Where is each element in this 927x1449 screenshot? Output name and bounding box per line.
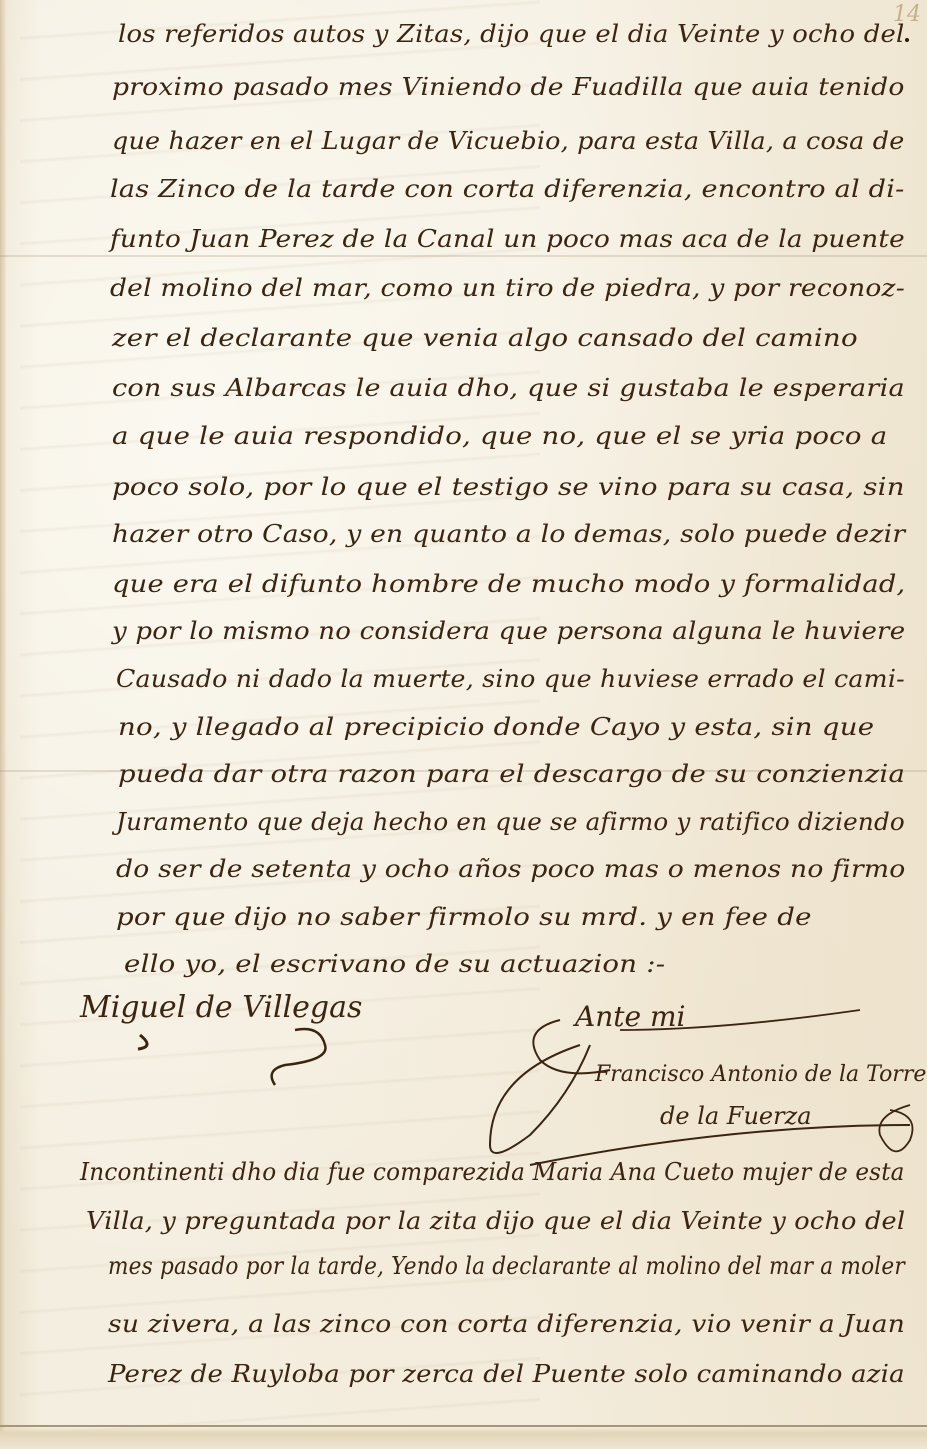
text-line: los referidos autos y Zitas, dijo que el… <box>118 20 904 48</box>
text-line: y por lo mismo no considera que persona … <box>112 617 905 645</box>
text-line: poco solo, por lo que el testigo se vino… <box>112 473 905 501</box>
signature-notary-name: Francisco Antonio de la Torre <box>595 1062 926 1087</box>
text-line: proximo pasado mes Viniendo de Fuadilla … <box>112 73 905 101</box>
text-line: por que dijo no saber firmolo su mrd. y … <box>116 903 812 931</box>
text-line: funto Juan Perez de la Canal un poco mas… <box>110 225 905 253</box>
text-line: do ser de setenta y ocho años poco mas o… <box>116 855 906 883</box>
signature-ante-mi: Ante mi <box>575 1000 685 1033</box>
text-line: a que le auia respondido, que no, que el… <box>112 422 887 450</box>
page-left-edge <box>0 0 6 1449</box>
page-bottom-edge <box>0 1425 927 1449</box>
text-line: zer el declarante que venia algo cansado… <box>112 324 858 352</box>
signature-flourish-icon <box>120 1020 380 1100</box>
text-line: Causado ni dado la muerte, sino que huvi… <box>116 665 905 693</box>
ink-dot <box>905 38 909 42</box>
text-line: su zivera, a las zinco con corta diferen… <box>108 1310 905 1338</box>
text-line: Juramento que deja hecho en que se afirm… <box>116 808 905 836</box>
signature-miguel-de-villegas: Miguel de Villegas <box>80 990 362 1025</box>
text-line: las Zinco de la tarde con corta diferenz… <box>110 175 904 203</box>
text-line: hazer otro Caso, y en quanto a lo demas,… <box>112 520 905 548</box>
manuscript-page: 14 los referidos autos y Zitas, dijo que… <box>0 0 927 1449</box>
text-line: no, y llegado al precipicio donde Cayo y… <box>118 713 874 741</box>
text-line: que era el difunto hombre de mucho modo … <box>112 570 905 598</box>
text-line: con sus Albarcas le auia dho, que si gus… <box>112 374 905 402</box>
text-line: que hazer en el Lugar de Vicuebio, para … <box>112 127 904 155</box>
text-line: Perez de Ruyloba por zerca del Puente so… <box>108 1360 905 1388</box>
text-line: Incontinenti dho dia fue comparezida Mar… <box>80 1158 905 1186</box>
text-line: Villa, y preguntada por la zita dijo que… <box>86 1207 905 1235</box>
text-line: ello yo, el escrivano de su actuazion :- <box>124 950 665 978</box>
text-line: del molino del mar, como un tiro de pied… <box>110 274 905 302</box>
text-line: mes pasado por la tarde, Yendo la declar… <box>108 1252 905 1280</box>
signature-notary-surname: de la Fuerza <box>660 1102 812 1130</box>
text-line: pueda dar otra razon para el descargo de… <box>118 760 905 788</box>
paper-crease <box>0 255 927 257</box>
